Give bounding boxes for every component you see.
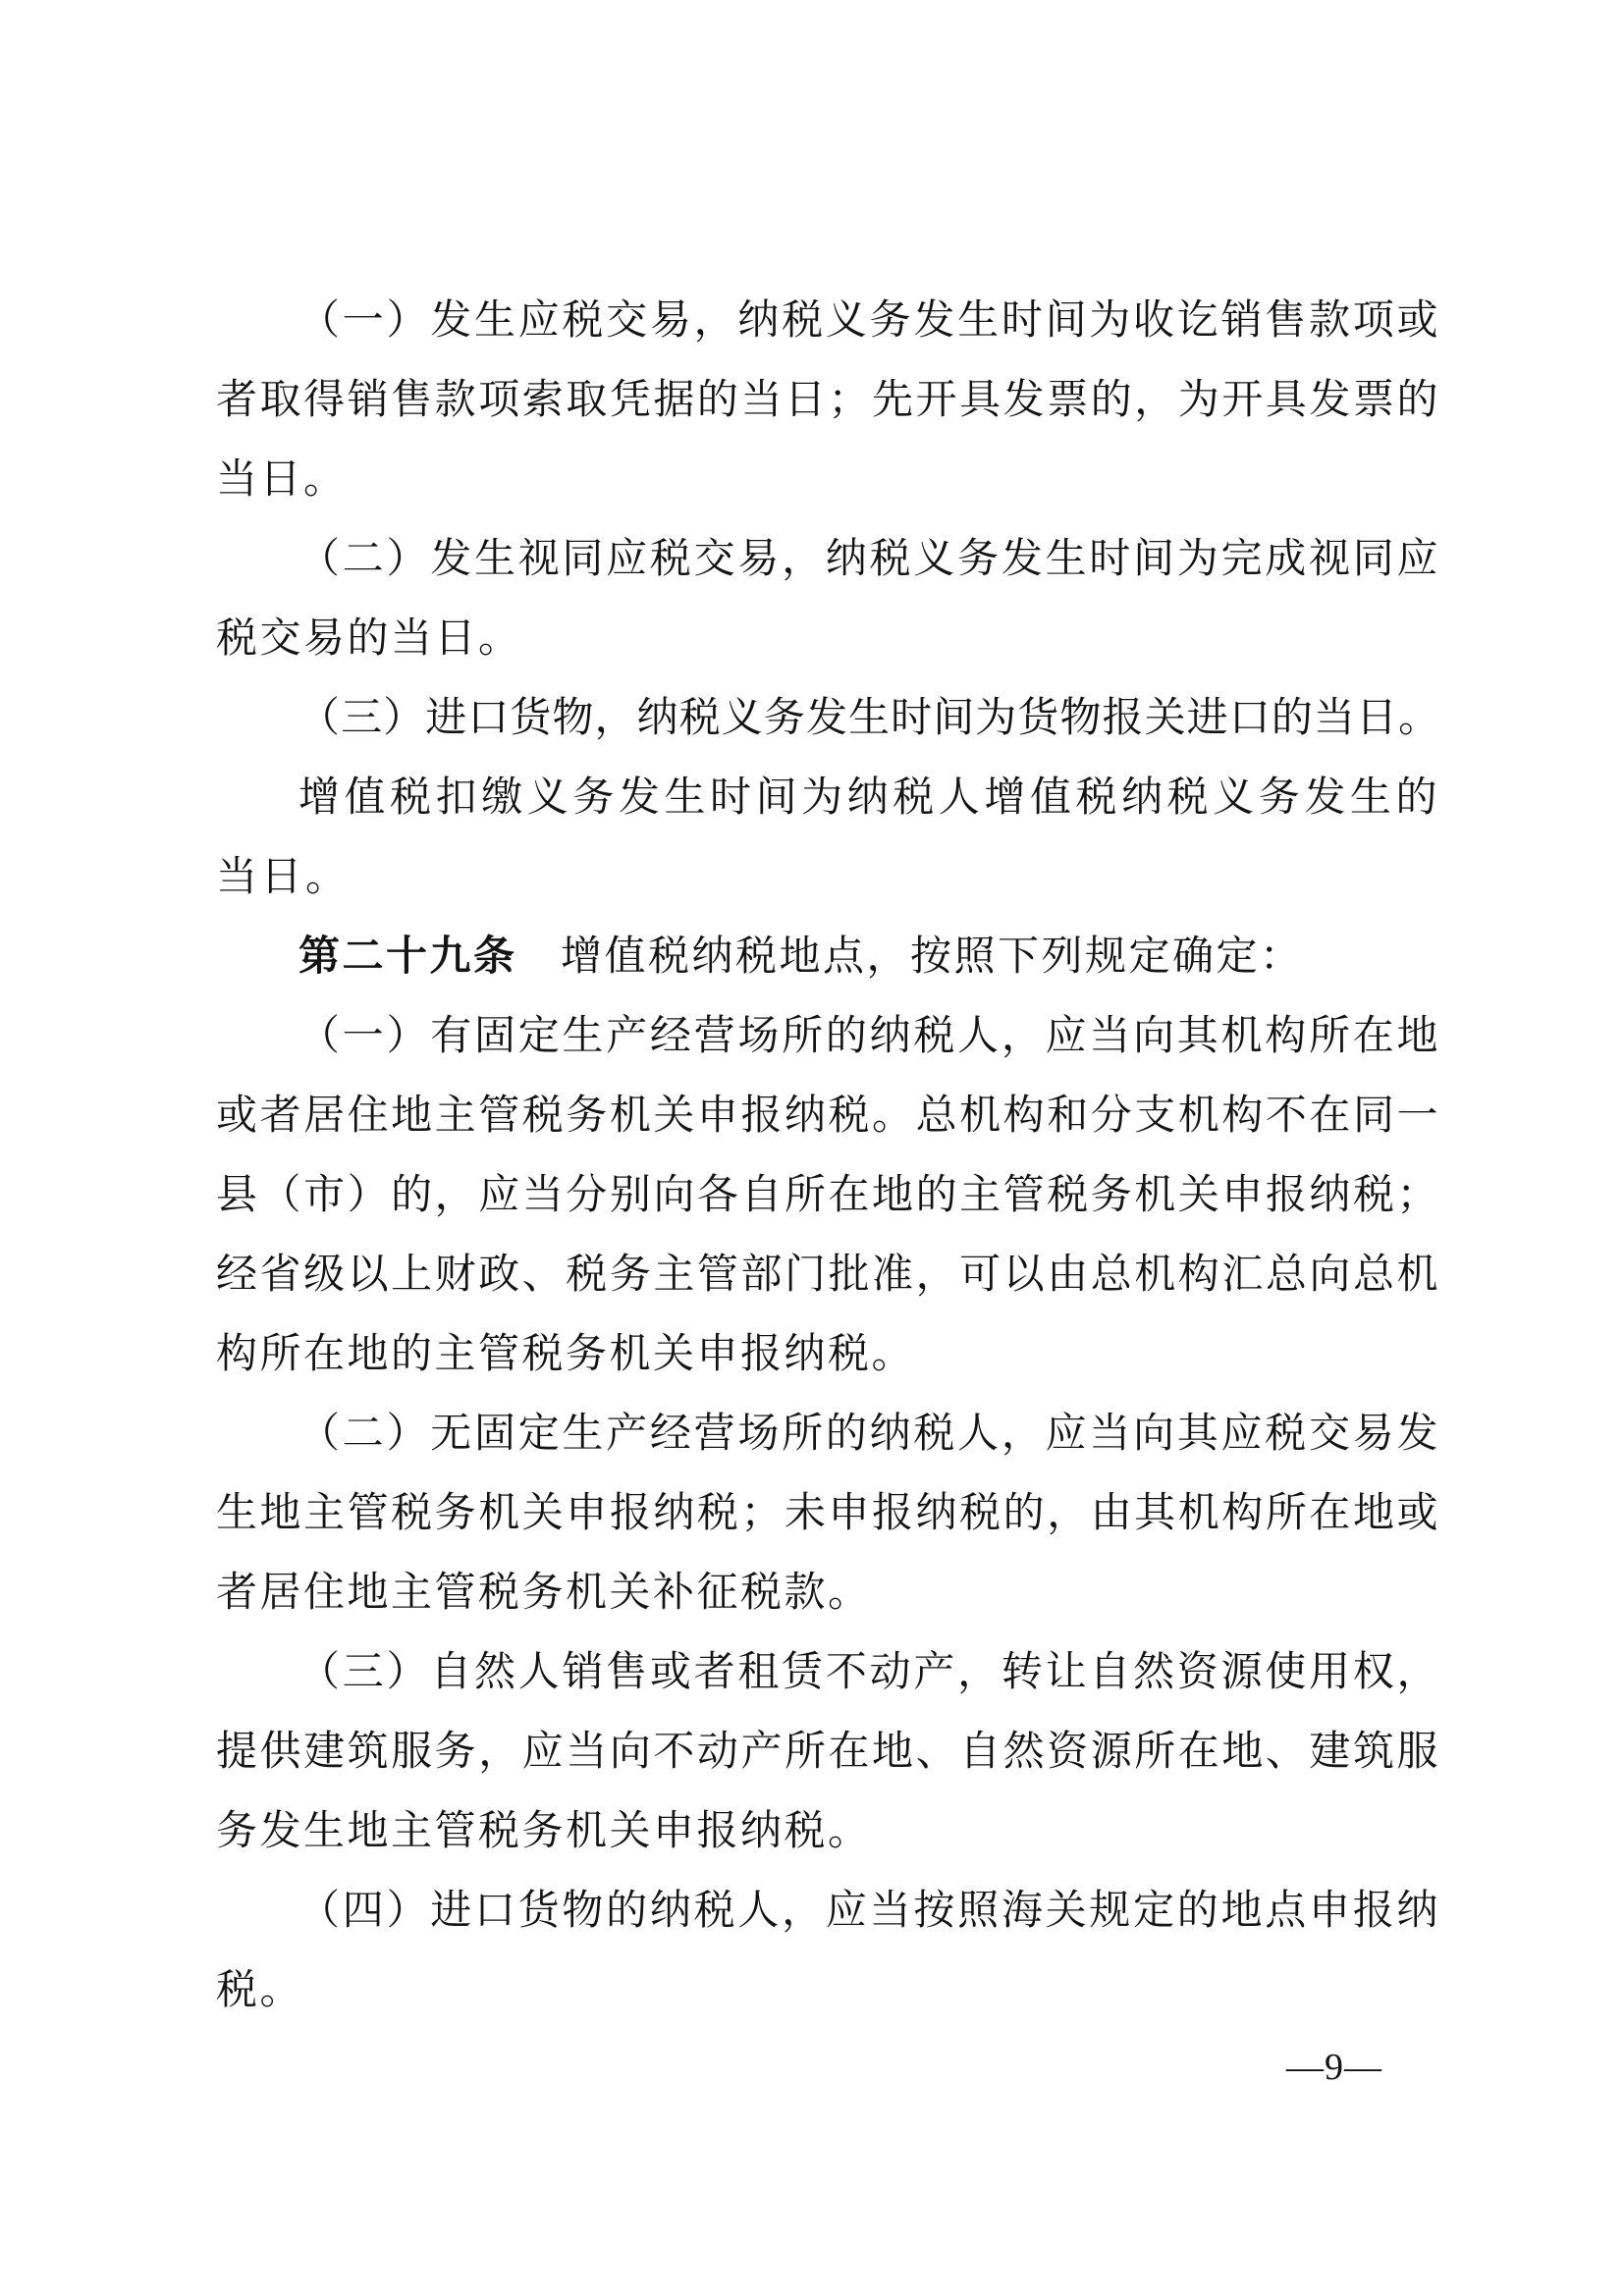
- document-body: （一）发生应税交易，纳税义务发生时间为收讫销售款项或者取得销售款项索取凭据的当日…: [216, 282, 1440, 2031]
- scanned-document-page: { "document": { "paragraphs": [ { "text"…: [0, 0, 1624, 2296]
- paragraph-tax-obligation-item-2: （二）发生视同应税交易，纳税义务发生时间为完成视同应税交易的当日。: [216, 520, 1440, 679]
- paragraph-tax-obligation-item-3: （三）进口货物，纳税义务发生时间为货物报关进口的当日。: [216, 679, 1440, 759]
- article-29-heading-text: 增值税纳税地点，按照下列规定确定：: [517, 934, 1304, 980]
- page-number: —9—: [1286, 2048, 1382, 2087]
- paragraph-tax-place-item-3: （三）自然人销售或者租赁不动产，转让自然资源使用权，提供建筑服务，应当向不动产所…: [216, 1633, 1440, 1872]
- paragraph-withholding-obligation: 增值税扣缴义务发生时间为纳税人增值税纳税义务发生的当日。: [216, 759, 1440, 918]
- paragraph-tax-place-item-4: （四）进口货物的纳税人，应当按照海关规定的地点申报纳税。: [216, 1872, 1440, 2031]
- paragraph-tax-place-item-2: （二）无固定生产经营场所的纳税人，应当向其应税交易发生地主管税务机关申报纳税；未…: [216, 1395, 1440, 1633]
- article-29-number: 第二十九条: [298, 934, 517, 980]
- paragraph-tax-place-item-1: （一）有固定生产经营场所的纳税人，应当向其机构所在地或者居住地主管税务机关申报纳…: [216, 997, 1440, 1395]
- document-sheet: （一）发生应税交易，纳税义务发生时间为收讫销售款项或者取得销售款项索取凭据的当日…: [0, 0, 1624, 2296]
- paragraph-tax-obligation-item-1: （一）发生应税交易，纳税义务发生时间为收讫销售款项或者取得销售款项索取凭据的当日…: [216, 282, 1440, 520]
- paragraph-article-29-heading: 第二十九条 增值税纳税地点，按照下列规定确定：: [216, 918, 1440, 997]
